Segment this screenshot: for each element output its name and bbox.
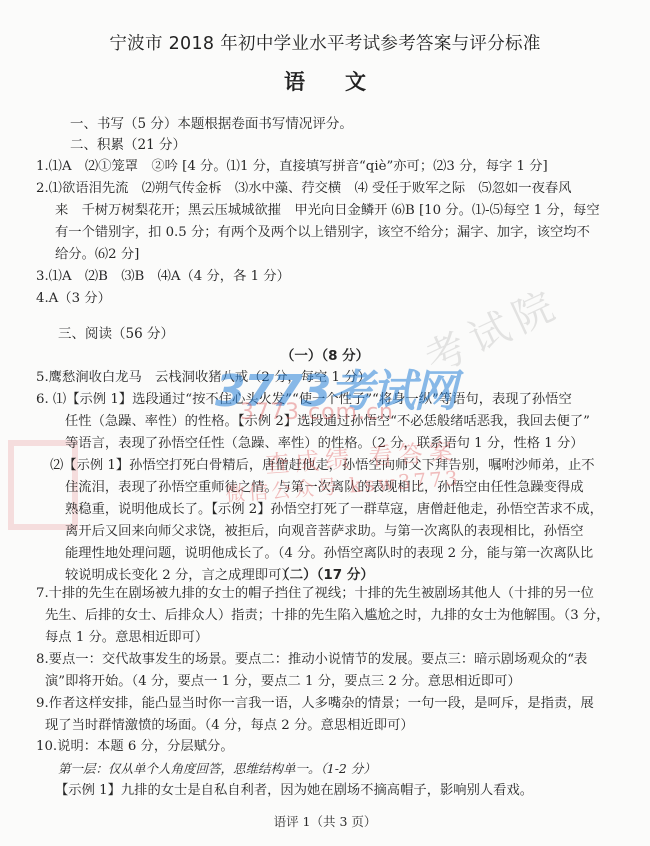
section-writing: 一、书写（5 分）本题根据卷面书写情况评分。 — [70, 115, 353, 133]
answer-q8-line2: 演”即将开始。（4 分，要点一 1 分，要点二 1 分，要点三 2 分。意思相近… — [45, 673, 521, 691]
answer-q10-line1: 10.说明：本题 6 分，分层赋分。 — [36, 738, 234, 756]
answer-q7-line2: 先生、后排的女士、后排众人）指责；十排的先生陷入尴尬之时，九排的女士为他解围。（… — [45, 607, 610, 625]
answer-q9-line1: 9.作者这样安排，能凸显当时你一言我一语，人多嘴杂的情景；一句一段，是呵斥，是指… — [36, 695, 594, 713]
answer-key-page: 考试院 宁波市 2018 年初中学业水平考试参考答案与评分标准 语文 一、书写（… — [0, 0, 650, 846]
part-one-heading: （一）（8 分） — [0, 347, 650, 365]
gray-watermark: 考试院 — [415, 272, 570, 385]
subject-title: 语文 — [0, 66, 650, 96]
answer-q6-line5: 住流泪，表现了孙悟空重师徒之情。与第一次离队的表现相比，孙悟空由任性急躁变得成 — [65, 479, 584, 497]
answer-q1: 1.⑴A ⑵①笼罩 ②吟 [4 分。⑴1 分，直接填写拼音“qiè”亦可；⑵3 … — [36, 158, 548, 176]
answer-q7-line3: 每点 1 分。意思相近即可） — [45, 629, 208, 647]
answer-q2-line4: 给分。⑹2 分] — [55, 246, 139, 264]
answer-q2-line3: 有一个错别字，扣 0.5 分；有两个及两个以上错别字，该空不给分；漏字、加字，该… — [55, 224, 590, 242]
answer-q6-line1: 6. ⑴【示例 1】选段通过“按不住心头火发”“使一个性子”“将身一纵”等语句，… — [36, 391, 572, 409]
answer-q6-line2: 任性（急躁、率性）的性格。【示例 2】选段通过孙悟空“不必恁般绪咶恶我，我回去便… — [65, 413, 590, 431]
answer-q2-line2: 来 千树万树梨花开；黑云压城城欲摧 甲光向日金鳞开 ⑹B [10 分。⑴-⑸每空… — [55, 202, 600, 220]
answer-q4: 4.A（3 分） — [36, 290, 111, 308]
answer-q10-example1: 【示例 1】九排的女士是自私自利者，因为她在剧场不摘高帽子，影响别人看戏。 — [55, 782, 533, 800]
answer-q6-line7: 离开后又回来向师父求饶，被拒后，向观音菩萨求助。与第一次离队的表现相比，孙悟空 — [65, 523, 584, 541]
answer-q6-line4: ⑵【示例 1】孙悟空打死白骨精后，唐僧赶他走，孙悟空向师父下拜告别，嘱咐沙师弟，… — [50, 457, 595, 475]
page-footer: 语评 1（共 3 页） — [0, 812, 650, 830]
document-title: 宁波市 2018 年初中学业水平考试参考答案与评分标准 — [0, 30, 650, 55]
answer-q7-line1: 7.十排的先生在剧场被九排的女士的帽子挡住了视线；十排的先生被剧场其他人（十排的… — [36, 585, 594, 603]
answer-q6-line6: 熟稳重，说明他成长了。【示例 2】孙悟空打死了一群草寇，唐僧赶他走，孙悟空苦求不… — [65, 501, 603, 519]
part-two-heading: （二）（17 分） — [0, 566, 650, 584]
answer-q5: 5.鹰愁涧收白龙马 云栈洞收猪八戒（2 分，每空 1 分） — [36, 369, 371, 387]
answer-q8-line1: 8.要点一：交代故事发生的场景。要点二：推动小说情节的发展。要点三：暗示剧场观众… — [36, 651, 587, 669]
answer-q2-line1: 2.⑴欲语泪先流 ⑵朔气传金柝 ⑶水中藻、荇交横 ⑷ 受任于败军之际 ⑸忽如一夜… — [36, 180, 572, 198]
answer-q10-level1: 第一层：仅从单个人角度回答，思维结构单一。（1-2 分） — [58, 760, 376, 778]
section-accumulation: 二、积累（21 分） — [70, 136, 186, 154]
answer-q6-line3: 等语言，表现了孙悟空任性（急躁、率性）的性格。（2 分，联系语句 1 分，性格 … — [65, 435, 584, 453]
answer-q6-line8: 能理性地处理问题，说明他成长了。（4 分。孙悟空离队时的表现 2 分，能与第一次… — [65, 545, 593, 563]
answer-q3: 3.⑴A ⑵B ⑶B ⑷A（4 分，各 1 分） — [36, 268, 290, 286]
answer-q9-line2: 现了当时群情激愤的场面。（4 分，每点 2 分。意思相近即可） — [45, 717, 414, 735]
section-reading: 三、阅读（56 分） — [58, 325, 174, 343]
